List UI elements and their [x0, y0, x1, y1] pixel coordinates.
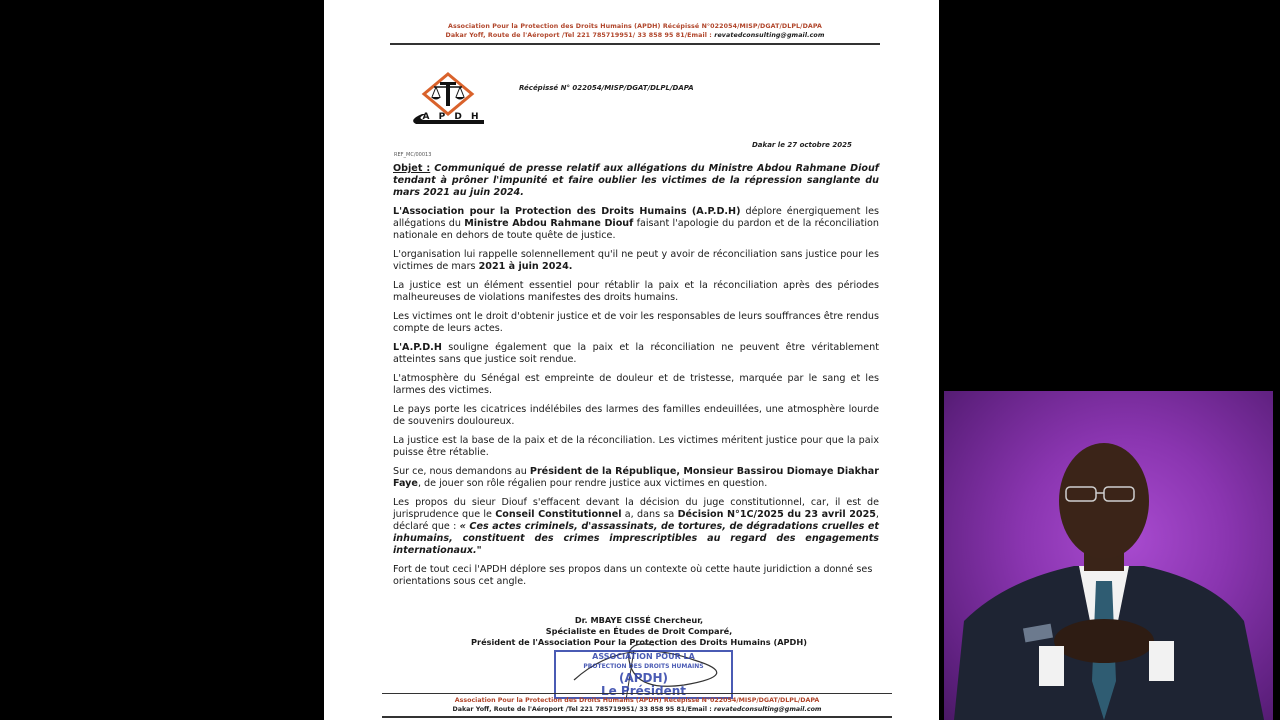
paragraph-1: L'Association pour la Protection des Dro… — [393, 206, 879, 242]
subject-label: Objet : — [393, 163, 430, 174]
signatory-title: Spécialiste en Études de Droit Comparé, — [424, 626, 854, 637]
paragraph-3: La justice est un élément essentiel pour… — [393, 280, 879, 304]
footer-divider — [382, 693, 892, 694]
paragraph-11: Fort de tout ceci l'APDH déplore ses pro… — [393, 564, 879, 588]
official-stamp: ASSOCIATION POUR LA PROTECTION DES DROIT… — [554, 650, 733, 699]
document-body: Objet : Communiqué de presse relatif aux… — [393, 163, 879, 595]
subject-text: Communiqué de presse relatif aux allégat… — [393, 163, 879, 198]
letterhead-line2: Dakar Yoff, Route de l'Aéroport /Tel 221… — [390, 31, 880, 40]
svg-text:A P D H: A P D H — [423, 112, 482, 122]
press-release-document: Association Pour la Protection des Droit… — [324, 0, 939, 720]
paragraph-5: L'A.P.D.H souligne également que la paix… — [393, 342, 879, 366]
footer: Association Pour la Protection des Droit… — [382, 693, 892, 718]
portrait-photo — [944, 391, 1273, 720]
footer-line1: Association Pour la Protection des Droit… — [382, 696, 892, 705]
paragraph-10: Les propos du sieur Diouf s'effacent dev… — [393, 497, 879, 557]
document-date: Dakar le 27 octobre 2025 — [752, 141, 852, 149]
signatory-name: Dr. MBAYE CISSÉ Chercheur, — [424, 615, 854, 626]
paragraph-4: Les victimes ont le droit d'obtenir just… — [393, 311, 879, 335]
paragraph-7: Le pays porte les cicatrices indélébiles… — [393, 404, 879, 428]
apdh-logo: A P D H — [404, 72, 492, 132]
recepisse-number: Récépissé N° 022054/MISP/DGAT/DLPL/DAPA — [519, 84, 694, 92]
paragraph-2: L'organisation lui rappelle solennelleme… — [393, 249, 879, 273]
letterhead-line1: Association Pour la Protection des Droit… — [390, 22, 880, 31]
letterhead-divider — [390, 43, 880, 45]
subject-line: Objet : Communiqué de presse relatif aux… — [393, 163, 879, 199]
letterhead: Association Pour la Protection des Droit… — [390, 22, 880, 45]
footer-line2: Dakar Yoff, Route de l'Aéroport /Tel 221… — [382, 705, 892, 714]
reference-number: REF_MC/00013 — [394, 152, 431, 158]
footer-email: revatedconsulting@gmail.com — [714, 706, 822, 713]
paragraph-8: La justice est la base de la paix et de … — [393, 435, 879, 459]
scales-of-justice-icon — [424, 74, 472, 114]
footer-divider-bottom — [382, 716, 892, 718]
letterhead-email: revatedconsulting@gmail.com — [714, 32, 824, 39]
paragraph-9: Sur ce, nous demandons au Président de l… — [393, 466, 879, 490]
paragraph-6: L'atmosphère du Sénégal est empreinte de… — [393, 373, 879, 397]
person-portrait-icon — [944, 391, 1273, 720]
